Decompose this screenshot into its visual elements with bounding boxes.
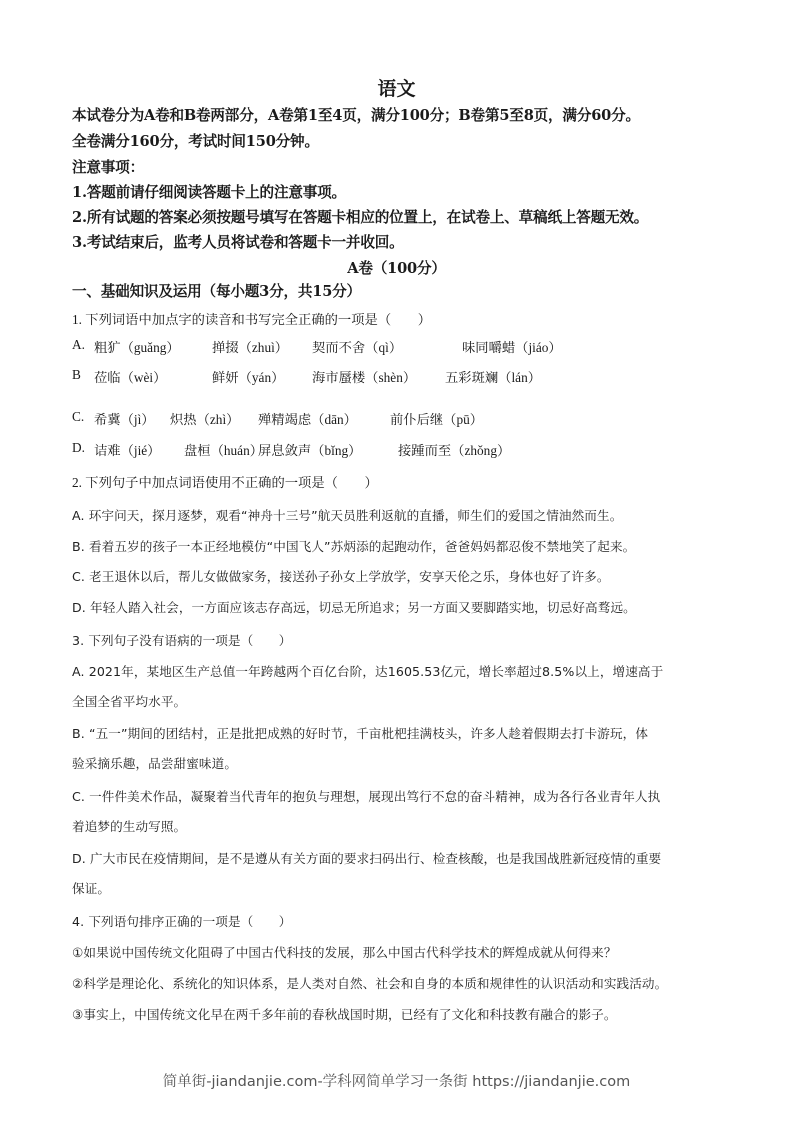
option-item: 接踵而至（zhǒng）: [398, 440, 510, 459]
option-item: 殚精竭虑（dān）: [258, 409, 357, 428]
q3-option-c-line-1: C. 一件件美术作品，凝聚着当代青年的抱负与理想，展现出笃行不怠的奋斗精神，成为…: [72, 786, 660, 805]
option-item: 粗犷（guǎng）: [94, 337, 180, 356]
page-title: 语文: [0, 74, 793, 101]
part-one-heading: 一、基础知识及运用（每小题3分，共15分）: [72, 280, 361, 301]
q2-stem: 2. 下列句子中加点词语使用不正确的一项是（ ）: [72, 472, 378, 491]
intro-line-1: 本试卷分为A卷和B卷两部分，A卷第1至4页，满分100分；B卷第5至8页，满分6…: [72, 104, 640, 125]
q4-sentence-1: ①如果说中国传统文化阻碍了中国古代科技的发展，那么中国古代科学技术的辉煌成就从何…: [72, 942, 617, 961]
note-1: 1.答题前请仔细阅读答题卡上的注意事项。: [72, 181, 346, 202]
q3-option-d-line-2: 保证。: [72, 878, 110, 897]
q3-option-c-line-2: 着追梦的生动写照。: [72, 816, 186, 835]
note-2: 2.所有试题的答案必须按题号填写在答题卡相应的位置上，在试卷上、草稿纸上答题无效…: [72, 206, 648, 227]
q1-stem: 1. 下列词语中加点字的读音和书写完全正确的一项是（ ）: [72, 309, 431, 328]
watermark-footer: 简单街-jiandanjie.com-学科网简单学习一条街 https://ji…: [0, 1070, 793, 1091]
intro-line-2: 全卷满分160分，考试时间150分钟。: [72, 130, 319, 151]
option-item: 希冀（jì）: [94, 409, 155, 428]
option-item: 盘桓（huán）: [184, 440, 263, 459]
q4-sentence-3: ③事实上，中国传统文化早在两千多年前的春秋战国时期，已经有了文化和科技教有融合的…: [72, 1004, 617, 1023]
q4-sentence-2: ②科学是理论化、系统化的知识体系，是人类对自然、社会和自身的本质和规律性的认识活…: [72, 973, 667, 992]
q1-option-c: C. 希冀（jì） 炽热（zhì） 殚精竭虑（dān） 前仆后继（pū）: [72, 409, 84, 425]
q2-option-b: B. 看着五岁的孩子一本正经地模仿“中国飞人”苏炳添的起跑动作，爸爸妈妈都忍俊不…: [72, 536, 635, 555]
note-3: 3.考试结束后，监考人员将试卷和答题卡一并收回。: [72, 231, 404, 252]
option-item: 契而不舍（qì）: [312, 337, 402, 356]
q3-option-d-line-1: D. 广大市民在疫情期间，是不是遵从有关方面的要求扫码出行、检查核酸，也是我国战…: [72, 848, 661, 867]
q1-option-b: B 莅临（wèi） 鲜妍（yán） 海市蜃楼（shèn） 五彩斑斓（lán）: [72, 367, 81, 383]
q2-option-a: A. 环宇问天，探月逐梦，观看“神舟十三号”航天员胜利返航的直播，师生们的爱国之…: [72, 505, 622, 524]
option-item: 味同嚼蜡（jiáo）: [462, 337, 562, 356]
q3-stem: 3. 下列句子没有语病的一项是（ ）: [72, 630, 291, 649]
option-label: D.: [72, 440, 85, 455]
notes-heading: 注意事项：: [72, 156, 144, 177]
q4-stem: 4. 下列语句排序正确的一项是（ ）: [72, 911, 291, 930]
option-item: 炽热（zhì）: [170, 409, 239, 428]
q3-option-a-line-2: 全国全省平均水平。: [72, 691, 186, 710]
option-label: A.: [72, 337, 85, 352]
exam-page: 语文 本试卷分为A卷和B卷两部分，A卷第1至4页，满分100分；B卷第5至8页，…: [0, 0, 793, 1122]
q1-option-d: D. 诘难（jié） 盘桓（huán） 屏息敛声（bǐng） 接踵而至（zhǒn…: [72, 440, 85, 456]
option-item: 五彩斑斓（lán）: [445, 367, 541, 386]
option-item: 屏息敛声（bǐng）: [258, 440, 361, 459]
option-item: 莅临（wèi）: [94, 367, 166, 386]
option-item: 掸掇（zhuì）: [212, 337, 288, 356]
option-item: 前仆后继（pū）: [390, 409, 483, 428]
section-a-heading: A卷（100分）: [0, 257, 793, 278]
q3-option-b-line-1: B. “五一”期间的团结村，正是批把成熟的好时节，千亩枇杷挂满枝头，许多人趁着假…: [72, 723, 648, 742]
q2-option-d: D. 年轻人踏入社会，一方面应该志存高远，切忌无所追求；另一方面又要脚踏实地，切…: [72, 597, 636, 616]
option-item: 海市蜃楼（shèn）: [312, 367, 416, 386]
option-item: 诘难（jié）: [94, 440, 160, 459]
q1-option-a: A. 粗犷（guǎng） 掸掇（zhuì） 契而不舍（qì） 味同嚼蜡（jiáo…: [72, 337, 85, 353]
option-item: 鲜妍（yán）: [212, 367, 284, 386]
q3-option-a-line-1: A. 2021年，某地区生产总值一年跨越两个百亿台阶，达1605.53亿元，增长…: [72, 661, 663, 680]
q3-option-b-line-2: 验采摘乐趣，品尝甜蜜味道。: [72, 753, 237, 772]
option-label: C.: [72, 409, 84, 424]
q2-option-c: C. 老王退休以后，帮儿女做做家务，接送孙子孙女上学放学，安享天伦之乐，身体也好…: [72, 566, 610, 585]
option-label: B: [72, 367, 81, 382]
